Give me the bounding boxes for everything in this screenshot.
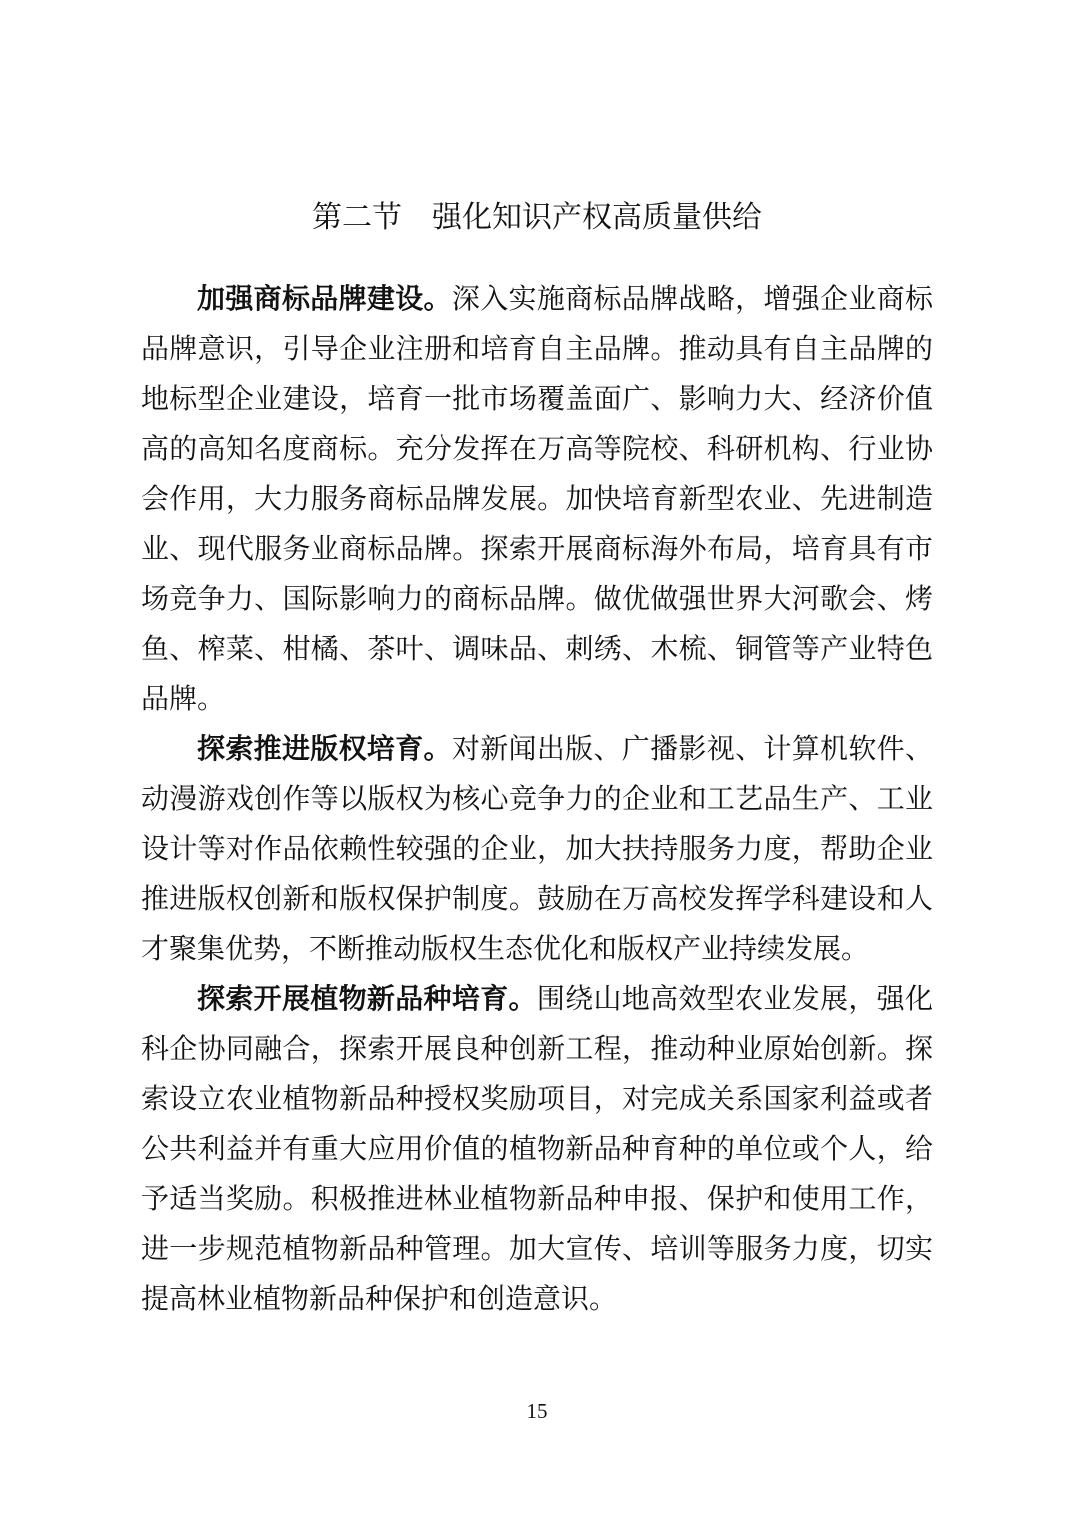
paragraph-copyright-cultivation: 探索推进版权培育。对新闻出版、广播影视、计算机软件、动漫游戏创作等以版权为核心竞… — [141, 725, 933, 975]
section-title: 第二节 强化知识产权高质量供给 — [141, 193, 933, 243]
paragraph-body: 深入实施商标品牌战略，增强企业商标品牌意识，引导企业注册和培育自主品牌。推动具有… — [141, 284, 933, 715]
page-content: 第二节 强化知识产权高质量供给 加强商标品牌建设。深入实施商标品牌战略，增强企业… — [141, 193, 933, 1325]
paragraph-lead: 加强商标品牌建设。 — [197, 284, 452, 315]
paragraph-plant-varieties: 探索开展植物新品种培育。围绕山地高效型农业发展，强化科企协同融合，探索开展良种创… — [141, 975, 933, 1325]
paragraph-body: 对新闻出版、广播影视、计算机软件、动漫游戏创作等以版权为核心竞争力的企业和工艺品… — [141, 734, 933, 965]
paragraph-lead: 探索开展植物新品种培育。 — [197, 984, 537, 1015]
paragraph-lead: 探索推进版权培育。 — [197, 734, 452, 765]
page-number: 15 — [0, 1398, 1074, 1424]
document-page: 第二节 强化知识产权高质量供给 加强商标品牌建设。深入实施商标品牌战略，增强企业… — [0, 0, 1074, 1520]
paragraph-body: 围绕山地高效型农业发展，强化科企协同融合，探索开展良种创新工程，推动种业原始创新… — [141, 984, 933, 1315]
paragraph-trademark-brands: 加强商标品牌建设。深入实施商标品牌战略，增强企业商标品牌意识，引导企业注册和培育… — [141, 275, 933, 725]
